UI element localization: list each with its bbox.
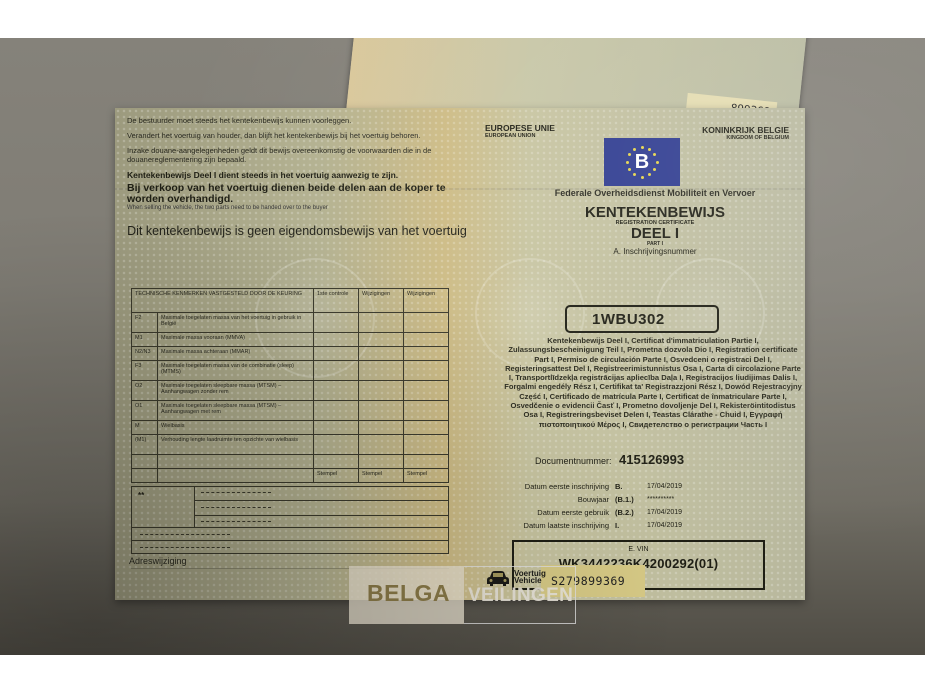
row-code: (M1) (132, 435, 158, 455)
watermark-logo: BELGA Voertuig Vehicle VEILINGEN (349, 566, 576, 624)
date-label: Bouwjaar (493, 493, 609, 506)
brand-subtitle: Voertuig Vehicle (514, 570, 546, 584)
date-code: B. (609, 480, 647, 493)
table-row (132, 455, 449, 469)
sale-notice-en: When selling the vehicle, the two parts … (127, 205, 467, 211)
stamp-label: Stempel (314, 469, 359, 483)
date-label: Datum eerste inschrijving (493, 480, 609, 493)
date-label: Datum eerste gebruik (493, 506, 609, 519)
table-row: MWielbasis (132, 421, 449, 435)
part-title: DEEL I (515, 227, 795, 241)
authority: Federale Overheidsdienst Mobiliteit en V… (515, 188, 795, 198)
date-code: (B.2.) (609, 506, 647, 519)
row-desc: Maximale toegelaten massa van de combina… (158, 361, 314, 381)
table-row: O2Maximale toegelaten sleepbare massa (M… (132, 381, 449, 401)
table-row: F2Maximale toegelaten massa van het voer… (132, 313, 449, 333)
eu-star-icon (641, 176, 644, 179)
date-code: I. (609, 519, 647, 532)
address-change-label: Adreswijziging (129, 556, 187, 566)
row-desc: Maximale toegelaten sleepbare massa (MTS… (158, 401, 314, 421)
eu-flag-icon: B (604, 138, 680, 186)
row-code: M1 (132, 333, 158, 347)
brand-left: BELGA (349, 566, 464, 624)
stamp-label: Stempel (404, 469, 449, 483)
date-row: Datum eerste inschrijvingB.17/04/2019 (493, 480, 682, 493)
date-value: 17/04/2019 (647, 480, 682, 493)
eu-star-icon (633, 148, 636, 151)
brand-sub-en: Vehicle (514, 577, 546, 584)
deel-notice: Kentekenbewijs Deel I dient steeds in he… (127, 170, 467, 180)
document-number-label: Documentnummer: (535, 456, 612, 466)
date-value: 17/04/2019 (647, 519, 682, 532)
stamp-row: Stempel Stempel Stempel (132, 469, 449, 483)
ownership-warning: Dit kentekenbewijs is geen eigendomsbewi… (127, 223, 467, 239)
photo-background: ...899369 De bestuurder moet steeds het … (0, 38, 925, 655)
row-code: N2/N3 (132, 347, 158, 361)
multilingual-text: Kentekenbewijs Deel I, Certificat d'imma… (503, 336, 803, 429)
row-desc: Maximale toegelaten massa van het voertu… (158, 313, 314, 333)
certificate-title: KENTEKENBEWIJS (515, 206, 795, 220)
table-header: 1ste controle (314, 289, 359, 313)
kingdom-label: KONINKRIJK BELGIE KINGDOM OF BELGIUM (702, 126, 789, 142)
eu-star-icon (656, 161, 659, 164)
row-desc: Maximale massa vooraan (MMVA) (158, 333, 314, 347)
vin-label: E. VIN (514, 546, 763, 553)
date-value: ********** (647, 493, 674, 506)
date-code: (B.1.) (609, 493, 647, 506)
date-value: 17/04/2019 (647, 506, 682, 519)
date-row: Datum eerste gebruik(B.2.)17/04/2019 (493, 506, 682, 519)
row-code: O2 (132, 381, 158, 401)
eu-star-icon (648, 148, 651, 151)
date-row: Datum laatste inschrijvingI.17/04/2019 (493, 519, 682, 532)
row-code: F2 (132, 313, 158, 333)
eu-star-icon (641, 146, 644, 149)
document-number: 415126993 (619, 452, 684, 467)
left-column: De bestuurder moet steeds het kentekenbe… (127, 116, 467, 239)
table-row: M1Maximale massa vooraan (MMVA) (132, 333, 449, 347)
date-label: Datum laatste inschrijving (493, 519, 609, 532)
table-row: N2/N3Maximale massa achteraan (MMAR) (132, 347, 449, 361)
table-header: TECHNISCHE KENMERKEN VASTGESTELD DOOR DE… (132, 289, 314, 313)
certificate-title-block: KENTEKENBEWIJS REGISTRATION CERTIFICATE … (515, 206, 795, 256)
brand-right-box: Voertuig Vehicle VEILINGEN (464, 566, 576, 624)
row-code: F3 (132, 361, 158, 381)
eu-star-icon (628, 168, 631, 171)
row-desc: Wielbasis (158, 421, 314, 435)
table-row: O1Maximale toegelaten sleepbare massa (M… (132, 401, 449, 421)
country-letter: B (625, 145, 659, 179)
row-desc: Maximale toegelaten sleepbare massa (MTS… (158, 381, 314, 401)
table-header: Wijzigingen (404, 289, 449, 313)
signature-subbox (194, 487, 448, 527)
document-number-row: Documentnummer: 415126993 (535, 452, 684, 467)
row-desc: Verhouding lengte laadruimte ten opzicht… (158, 435, 314, 455)
row-desc: Maximale massa achteraan (MMAR) (158, 347, 314, 361)
notice-2: Verandert het voertuig van houder, dan b… (127, 131, 467, 140)
brand-right: VEILINGEN (468, 585, 573, 607)
sale-notice: Bij verkoop van het voertuig dienen beid… (127, 183, 467, 205)
notice-3: Inzake douane-aangelegenheden geldt dit … (127, 146, 467, 164)
kingdom-en: KINGDOM OF BELGIUM (702, 134, 789, 142)
table-row: (M1)Verhouding lengte laadruimte ten opz… (132, 435, 449, 455)
stamp-label: Stempel (359, 469, 404, 483)
row-code: O1 (132, 401, 158, 421)
table-row: F3Maximale toegelaten massa van de combi… (132, 361, 449, 381)
plate-label: A. Inschrijvingsnummer (515, 247, 795, 256)
table-header: Wijzigingen (359, 289, 404, 313)
row-code: M (132, 421, 158, 435)
eu-star-icon (626, 161, 629, 164)
eu-en: EUROPEAN UNION (485, 132, 555, 140)
signature-box: ** (131, 486, 449, 554)
date-row: Bouwjaar(B.1.)********** (493, 493, 682, 506)
dates-block: Datum eerste inschrijvingB.17/04/2019 Bo… (493, 480, 682, 532)
plate-number: 1WBU302 (565, 305, 719, 333)
signature-marker: ** (138, 491, 144, 500)
eu-label: EUROPESE UNIE EUROPEAN UNION (485, 124, 555, 140)
notice-1: De bestuurder moet steeds het kentekenbe… (127, 116, 467, 125)
eu-star-icon (628, 153, 631, 156)
registration-certificate: De bestuurder moet steeds het kentekenbe… (115, 108, 805, 600)
technical-table: TECHNISCHE KENMERKEN VASTGESTELD DOOR DE… (131, 288, 449, 483)
